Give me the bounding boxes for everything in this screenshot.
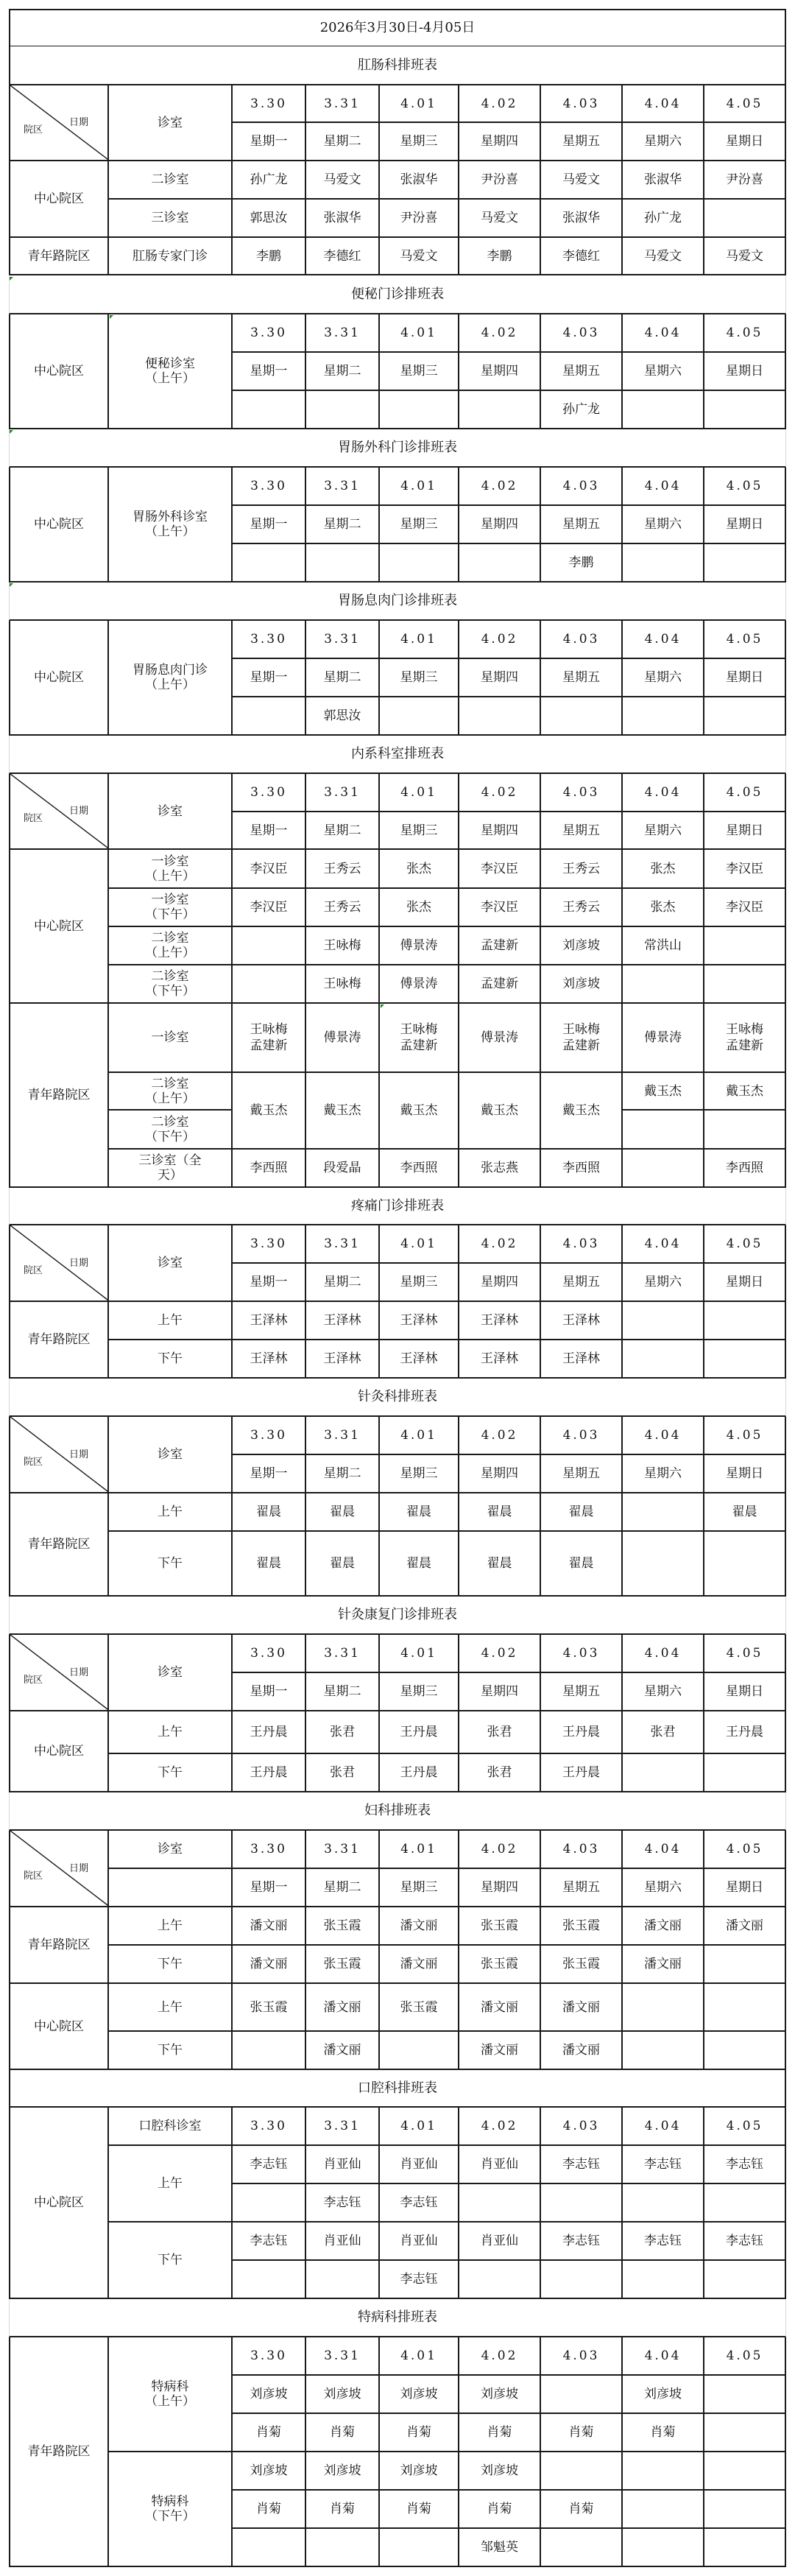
date-header: 4.01 — [380, 85, 459, 123]
room-label: 上午 — [109, 1907, 233, 1946]
room-label: 三诊室 — [109, 200, 233, 238]
doctor-cell — [306, 391, 380, 429]
corner-label-date: 日期 — [69, 1446, 88, 1460]
doctor-cell: 孟建新 — [459, 965, 541, 1004]
doctor-cell — [306, 544, 380, 583]
doctor-cell: 翟晨 — [459, 1532, 541, 1597]
date-header: 4.05 — [704, 2337, 786, 2376]
doctor-cell: 王咏梅 孟建新 — [380, 1004, 459, 1073]
doctor-cell: 翟晨 — [233, 1493, 306, 1532]
date-header: 4.04 — [623, 2337, 704, 2376]
date-header: 3.30 — [233, 314, 306, 353]
doctor-cell — [623, 2032, 704, 2070]
date-header: 3.31 — [306, 85, 380, 123]
doctor-cell — [233, 2261, 306, 2299]
doctor-cell: 潘文丽 — [623, 1946, 704, 1984]
doctor-cell — [233, 391, 306, 429]
date-header: 3.30 — [233, 774, 306, 812]
weekday-header: 星期日 — [704, 1869, 786, 1907]
doctor-cell: 段爱晶 — [306, 1150, 380, 1188]
doctor-cell: 孟建新 — [459, 927, 541, 965]
weekday-header: 星期二 — [306, 812, 380, 850]
doctor-cell — [459, 2184, 541, 2223]
weekday-header: 星期日 — [704, 659, 786, 697]
weekday-header: 星期一 — [233, 353, 306, 391]
doctor-cell — [623, 1150, 704, 1188]
date-header: 3.30 — [233, 621, 306, 659]
doctor-cell: 翟晨 — [380, 1532, 459, 1597]
weekday-header: 星期四 — [459, 123, 541, 161]
doctor-cell: 张杰 — [380, 850, 459, 889]
doctor-cell: 翟晨 — [306, 1532, 380, 1597]
cell-comment-marker-icon — [10, 583, 13, 587]
doctor-cell: 刘彦坡 — [459, 2376, 541, 2414]
weekday-header: 星期四 — [459, 1869, 541, 1907]
doctor-cell — [704, 2452, 786, 2491]
room-label: 下午 — [109, 1340, 233, 1379]
date-header: 4.05 — [704, 1635, 786, 1673]
doctor-cell: 肖菊 — [306, 2414, 380, 2452]
doctor-cell — [233, 927, 306, 965]
doctor-cell: 刘彦坡 — [459, 2452, 541, 2491]
doctor-cell: 肖亚仙 — [380, 2223, 459, 2261]
doctor-cell — [704, 2184, 786, 2223]
doctor-cell: 潘文丽 — [459, 2032, 541, 2070]
corner-label-date: 日期 — [69, 1664, 88, 1678]
doctor-cell — [623, 391, 704, 429]
doctor-cell — [704, 2414, 786, 2452]
doctor-cell: 李志钰 — [306, 2184, 380, 2223]
table-title-tengtong: 疼痛门诊排班表 — [9, 1188, 786, 1225]
weekday-header: 星期一 — [233, 1869, 306, 1907]
date-header: 4.02 — [459, 621, 541, 659]
doctor-cell: 尹汾喜 — [380, 200, 459, 238]
doctor-cell: 李汉臣 — [233, 850, 306, 889]
weekday-header: 星期五 — [541, 659, 623, 697]
date-header: 4.03 — [541, 1225, 623, 1264]
weekday-header: 星期一 — [233, 1455, 306, 1493]
doctor-cell — [704, 1984, 786, 2032]
doctor-cell — [704, 697, 786, 736]
doctor-cell: 王咏梅 孟建新 — [704, 1004, 786, 1073]
doctor-cell — [704, 1946, 786, 1984]
campus-label: 中心院区 — [9, 314, 109, 429]
date-header: 3.30 — [233, 1831, 306, 1869]
date-header: 4.01 — [380, 1635, 459, 1673]
doctor-cell: 潘文丽 — [306, 2032, 380, 2070]
doctor-cell: 张玉霞 — [233, 1984, 306, 2032]
doctor-cell — [623, 1984, 704, 2032]
date-header: 4.04 — [623, 1417, 704, 1455]
doctor-cell: 李汉臣 — [459, 850, 541, 889]
date-header: 4.01 — [380, 2337, 459, 2376]
room-label: 上午 — [109, 1984, 233, 2032]
campus-label: 青年路院区 — [9, 1004, 109, 1188]
doctor-cell: 孙广龙 — [623, 200, 704, 238]
campus-label: 中心院区 — [9, 850, 109, 1004]
doctor-cell: 王泽林 — [380, 1340, 459, 1379]
date-header: 3.31 — [306, 468, 380, 506]
date-header: 3.30 — [233, 2337, 306, 2376]
room-label: 二诊室 （下午） — [109, 965, 233, 1004]
doctor-cell — [704, 2261, 786, 2299]
weekday-header: 星期一 — [233, 1673, 306, 1711]
date-header: 3.30 — [233, 1225, 306, 1264]
doctor-cell: 刘彦坡 — [541, 965, 623, 1004]
weekday-header: 星期二 — [306, 1673, 380, 1711]
doctor-cell: 肖亚仙 — [459, 2223, 541, 2261]
corner-header: 日期院区 — [9, 1417, 109, 1493]
weekday-header: 星期二 — [306, 506, 380, 544]
doctor-cell: 戴玉杰 — [459, 1073, 541, 1150]
date-header: 4.02 — [459, 85, 541, 123]
doctor-cell: 王泽林 — [459, 1340, 541, 1379]
room-label: 二诊室 （上午） — [109, 927, 233, 965]
doctor-cell: 肖菊 — [233, 2414, 306, 2452]
date-header: 4.03 — [541, 2108, 623, 2146]
room-header: 诊室 — [109, 1417, 233, 1493]
date-header: 4.01 — [380, 774, 459, 812]
doctor-cell: 王咏梅 — [306, 927, 380, 965]
doctor-cell: 孙广龙 — [233, 161, 306, 200]
date-header: 4.04 — [623, 468, 704, 506]
room-label: 一诊室 （下午） — [109, 889, 233, 927]
doctor-cell: 李汉臣 — [704, 850, 786, 889]
doctor-cell: 马爱文 — [623, 238, 704, 275]
room-label: 一诊室 （上午） — [109, 850, 233, 889]
doctor-cell — [623, 1493, 704, 1532]
doctor-cell: 李鹏 — [459, 238, 541, 275]
doctor-cell: 傅景涛 — [380, 965, 459, 1004]
date-header: 3.31 — [306, 314, 380, 353]
weekday-header: 星期一 — [233, 1264, 306, 1302]
room-header: 诊室 — [109, 1225, 233, 1302]
doctor-cell: 张君 — [306, 1711, 380, 1754]
date-header: 4.01 — [380, 1225, 459, 1264]
doctor-cell: 李志钰 — [704, 2223, 786, 2261]
doctor-cell: 张玉霞 — [306, 1946, 380, 1984]
doctor-cell — [459, 544, 541, 583]
corner-header: 日期院区 — [9, 774, 109, 850]
date-header: 4.02 — [459, 1831, 541, 1869]
doctor-cell: 潘文丽 — [233, 1946, 306, 1984]
doctor-cell: 王丹晨 — [380, 1754, 459, 1792]
doctor-cell: 王咏梅 — [306, 965, 380, 1004]
date-header: 4.04 — [623, 1225, 704, 1264]
doctor-cell — [623, 2452, 704, 2491]
weekday-header: 星期三 — [380, 353, 459, 391]
cell-comment-marker-icon — [10, 277, 13, 281]
campus-label: 青年路院区 — [9, 238, 109, 275]
room-header: 诊室 — [109, 1635, 233, 1711]
doctor-cell: 李汉臣 — [233, 889, 306, 927]
doctor-cell: 常洪山 — [623, 927, 704, 965]
doctor-cell: 潘文丽 — [704, 1907, 786, 1946]
table-title-kouqiang: 口腔科排班表 — [9, 2070, 786, 2108]
date-header: 4.03 — [541, 1635, 623, 1673]
room-label: 一诊室 — [109, 1004, 233, 1073]
doctor-cell: 肖亚仙 — [306, 2146, 380, 2184]
weekday-header: 星期日 — [704, 506, 786, 544]
doctor-cell — [704, 200, 786, 238]
corner-header: 日期院区 — [9, 1831, 109, 1907]
campus-label: 中心院区 — [9, 1984, 109, 2070]
doctor-cell: 王泽林 — [459, 1302, 541, 1340]
weekday-header: 星期四 — [459, 812, 541, 850]
campus-label: 中心院区 — [9, 468, 109, 583]
weekday-header: 星期二 — [306, 659, 380, 697]
date-range-header: 2026年3月30日-4月05日 — [9, 9, 786, 47]
doctor-cell — [704, 927, 786, 965]
doctor-cell: 郭思汝 — [306, 697, 380, 736]
campus-label: 青年路院区 — [9, 1302, 109, 1379]
weekday-header: 星期五 — [541, 506, 623, 544]
doctor-cell: 王泽林 — [306, 1302, 380, 1340]
doctor-cell: 潘文丽 — [306, 1984, 380, 2032]
doctor-cell: 李德红 — [306, 238, 380, 275]
doctor-cell: 李汉臣 — [704, 889, 786, 927]
room-label: 肛肠专家门诊 — [109, 238, 233, 275]
date-header: 3.30 — [233, 1635, 306, 1673]
doctor-cell: 李志钰 — [380, 2184, 459, 2223]
doctor-cell — [459, 391, 541, 429]
doctor-cell: 张玉霞 — [541, 1946, 623, 1984]
weekday-header: 星期五 — [541, 812, 623, 850]
date-header: 3.31 — [306, 1635, 380, 1673]
date-header: 4.04 — [623, 1635, 704, 1673]
date-header: 4.02 — [459, 1635, 541, 1673]
doctor-cell: 刘彦坡 — [623, 2376, 704, 2414]
doctor-cell: 王咏梅 孟建新 — [541, 1004, 623, 1073]
weekday-header: 星期三 — [380, 1673, 459, 1711]
doctor-cell — [704, 965, 786, 1004]
cell-comment-marker-icon — [10, 430, 13, 434]
date-header: 4.02 — [459, 1225, 541, 1264]
doctor-cell: 张君 — [306, 1754, 380, 1792]
date-header: 3.31 — [306, 1831, 380, 1869]
doctor-cell: 翟晨 — [541, 1532, 623, 1597]
doctor-cell: 潘文丽 — [380, 1946, 459, 1984]
weekday-header: 星期一 — [233, 123, 306, 161]
doctor-cell: 李西照 — [541, 1150, 623, 1188]
date-header: 3.30 — [233, 468, 306, 506]
room-label: 二诊室 （上午） — [109, 1073, 233, 1111]
doctor-cell — [233, 2184, 306, 2223]
weekday-header: 星期五 — [541, 353, 623, 391]
weekday-header: 星期四 — [459, 1455, 541, 1493]
date-header: 3.31 — [306, 2337, 380, 2376]
date-header: 3.30 — [233, 85, 306, 123]
weekday-header: 星期六 — [623, 1673, 704, 1711]
weekday-header: 星期二 — [306, 353, 380, 391]
weekday-header: 星期三 — [380, 1455, 459, 1493]
room-header-blank — [109, 1869, 233, 1907]
weekday-header: 星期一 — [233, 812, 306, 850]
weekday-header: 星期五 — [541, 1455, 623, 1493]
doctor-cell: 刘彦坡 — [233, 2452, 306, 2491]
doctor-cell — [704, 1532, 786, 1597]
doctor-cell: 肖菊 — [459, 2491, 541, 2529]
doctor-cell: 李志钰 — [233, 2146, 306, 2184]
date-header: 4.03 — [541, 1417, 623, 1455]
date-header: 4.01 — [380, 314, 459, 353]
corner-label-date: 日期 — [69, 114, 88, 128]
doctor-cell: 李汉臣 — [459, 889, 541, 927]
weekday-header: 星期三 — [380, 812, 459, 850]
doctor-cell: 李志钰 — [541, 2146, 623, 2184]
doctor-cell: 王丹晨 — [233, 1754, 306, 1792]
weekday-header: 星期三 — [380, 1264, 459, 1302]
doctor-cell: 傅景涛 — [459, 1004, 541, 1073]
table-title-tebing: 特病科排班表 — [9, 2299, 786, 2337]
doctor-cell — [623, 1340, 704, 1379]
date-header: 3.31 — [306, 2108, 380, 2146]
cell-comment-marker-icon — [381, 1004, 384, 1008]
room-label: 上午 — [109, 1302, 233, 1340]
doctor-cell — [380, 697, 459, 736]
room-label: 下午 — [109, 1754, 233, 1792]
date-header: 3.31 — [306, 774, 380, 812]
doctor-cell: 李志钰 — [233, 2223, 306, 2261]
weekday-header: 星期日 — [704, 1455, 786, 1493]
room-label: 特病科 （上午） — [109, 2337, 233, 2452]
date-header: 4.05 — [704, 2108, 786, 2146]
doctor-cell: 肖菊 — [380, 2491, 459, 2529]
doctor-cell: 王丹晨 — [233, 1711, 306, 1754]
doctor-cell: 李西照 — [380, 1150, 459, 1188]
doctor-cell: 张杰 — [623, 850, 704, 889]
weekday-header: 星期六 — [623, 123, 704, 161]
doctor-cell: 肖菊 — [541, 2414, 623, 2452]
doctor-cell: 肖菊 — [380, 2414, 459, 2452]
date-header: 4.04 — [623, 774, 704, 812]
doctor-cell: 张玉霞 — [541, 1907, 623, 1946]
weekday-header: 星期二 — [306, 1264, 380, 1302]
weekday-header: 星期六 — [623, 353, 704, 391]
doctor-cell — [380, 544, 459, 583]
date-header: 4.03 — [541, 2337, 623, 2376]
doctor-cell: 马爱文 — [704, 238, 786, 275]
weekday-header: 星期五 — [541, 1869, 623, 1907]
table-title-zhenjiu_kangfu: 针灸康复门诊排班表 — [9, 1597, 786, 1635]
doctor-cell — [623, 2491, 704, 2529]
doctor-cell: 李鹏 — [541, 544, 623, 583]
room-label: 胃肠息肉门诊 （上午） — [109, 621, 233, 736]
doctor-cell — [704, 2491, 786, 2529]
doctor-cell — [541, 2261, 623, 2299]
table-title-bianmi: 便秘门诊排班表 — [9, 276, 786, 314]
doctor-cell: 肖菊 — [306, 2491, 380, 2529]
date-header: 4.03 — [541, 468, 623, 506]
doctor-cell: 马爱文 — [380, 238, 459, 275]
doctor-cell: 张淑华 — [623, 161, 704, 200]
corner-label-campus: 院区 — [24, 1262, 43, 1276]
doctor-cell: 傅景涛 — [306, 1004, 380, 1073]
doctor-cell — [704, 544, 786, 583]
room-header: 诊室 — [109, 85, 233, 161]
date-header: 4.03 — [541, 774, 623, 812]
table-title-neixi: 内系科室排班表 — [9, 736, 786, 774]
doctor-cell: 李志钰 — [623, 2223, 704, 2261]
date-header: 4.05 — [704, 1831, 786, 1869]
doctor-cell — [623, 697, 704, 736]
date-header: 4.05 — [704, 468, 786, 506]
doctor-cell: 王泽林 — [380, 1302, 459, 1340]
doctor-cell: 李志钰 — [541, 2223, 623, 2261]
doctor-cell: 张玉霞 — [459, 1907, 541, 1946]
weekday-header: 星期日 — [704, 1673, 786, 1711]
doctor-cell — [459, 697, 541, 736]
doctor-cell — [704, 1302, 786, 1340]
campus-label: 中心院区 — [9, 621, 109, 736]
room-label: 特病科 （下午） — [109, 2452, 233, 2567]
corner-header: 日期院区 — [9, 1635, 109, 1711]
corner-label-date: 日期 — [69, 1255, 88, 1269]
doctor-cell: 张淑华 — [380, 161, 459, 200]
doctor-cell: 王丹晨 — [380, 1711, 459, 1754]
doctor-cell: 王丹晨 — [541, 1711, 623, 1754]
weekday-header: 星期三 — [380, 506, 459, 544]
weekday-header: 星期三 — [380, 659, 459, 697]
doctor-cell: 李志钰 — [623, 2146, 704, 2184]
room-label: 下午 — [109, 2223, 233, 2299]
weekday-header: 星期二 — [306, 1455, 380, 1493]
doctor-cell: 尹汾喜 — [704, 161, 786, 200]
date-header: 3.30 — [233, 2108, 306, 2146]
doctor-cell: 王秀云 — [306, 889, 380, 927]
date-header: 3.30 — [233, 1417, 306, 1455]
doctor-cell — [306, 2529, 380, 2567]
doctor-cell — [623, 1302, 704, 1340]
doctor-cell: 张玉霞 — [380, 1984, 459, 2032]
weekday-header: 星期五 — [541, 1673, 623, 1711]
room-header: 口腔科诊室 — [109, 2108, 233, 2146]
date-header: 4.02 — [459, 314, 541, 353]
weekday-header: 星期二 — [306, 1869, 380, 1907]
doctor-cell: 孙广龙 — [541, 391, 623, 429]
doctor-cell — [233, 697, 306, 736]
weekday-header: 星期三 — [380, 123, 459, 161]
date-header: 3.31 — [306, 621, 380, 659]
room-label: 下午 — [109, 2032, 233, 2070]
doctor-cell — [623, 2261, 704, 2299]
doctor-cell: 肖亚仙 — [380, 2146, 459, 2184]
date-header: 4.05 — [704, 1225, 786, 1264]
doctor-cell: 王丹晨 — [541, 1754, 623, 1792]
doctor-cell — [541, 697, 623, 736]
doctor-cell: 潘文丽 — [233, 1907, 306, 1946]
doctor-cell: 戴玉杰 — [541, 1073, 623, 1150]
doctor-cell: 马爱文 — [459, 200, 541, 238]
date-header: 4.02 — [459, 774, 541, 812]
doctor-cell: 张杰 — [623, 889, 704, 927]
date-header: 4.04 — [623, 314, 704, 353]
doctor-cell — [541, 2452, 623, 2491]
date-header: 4.04 — [623, 2108, 704, 2146]
doctor-cell — [623, 1111, 704, 1150]
doctor-cell — [306, 2261, 380, 2299]
doctor-cell: 肖菊 — [233, 2491, 306, 2529]
date-header: 4.03 — [541, 314, 623, 353]
weekday-header: 星期日 — [704, 1264, 786, 1302]
weekday-header: 星期四 — [459, 1673, 541, 1711]
room-label: 上午 — [109, 2146, 233, 2223]
corner-header: 日期院区 — [9, 1225, 109, 1302]
doctor-cell: 王泽林 — [233, 1302, 306, 1340]
doctor-cell: 肖菊 — [541, 2491, 623, 2529]
doctor-cell — [233, 2032, 306, 2070]
weekday-header: 星期三 — [380, 1869, 459, 1907]
